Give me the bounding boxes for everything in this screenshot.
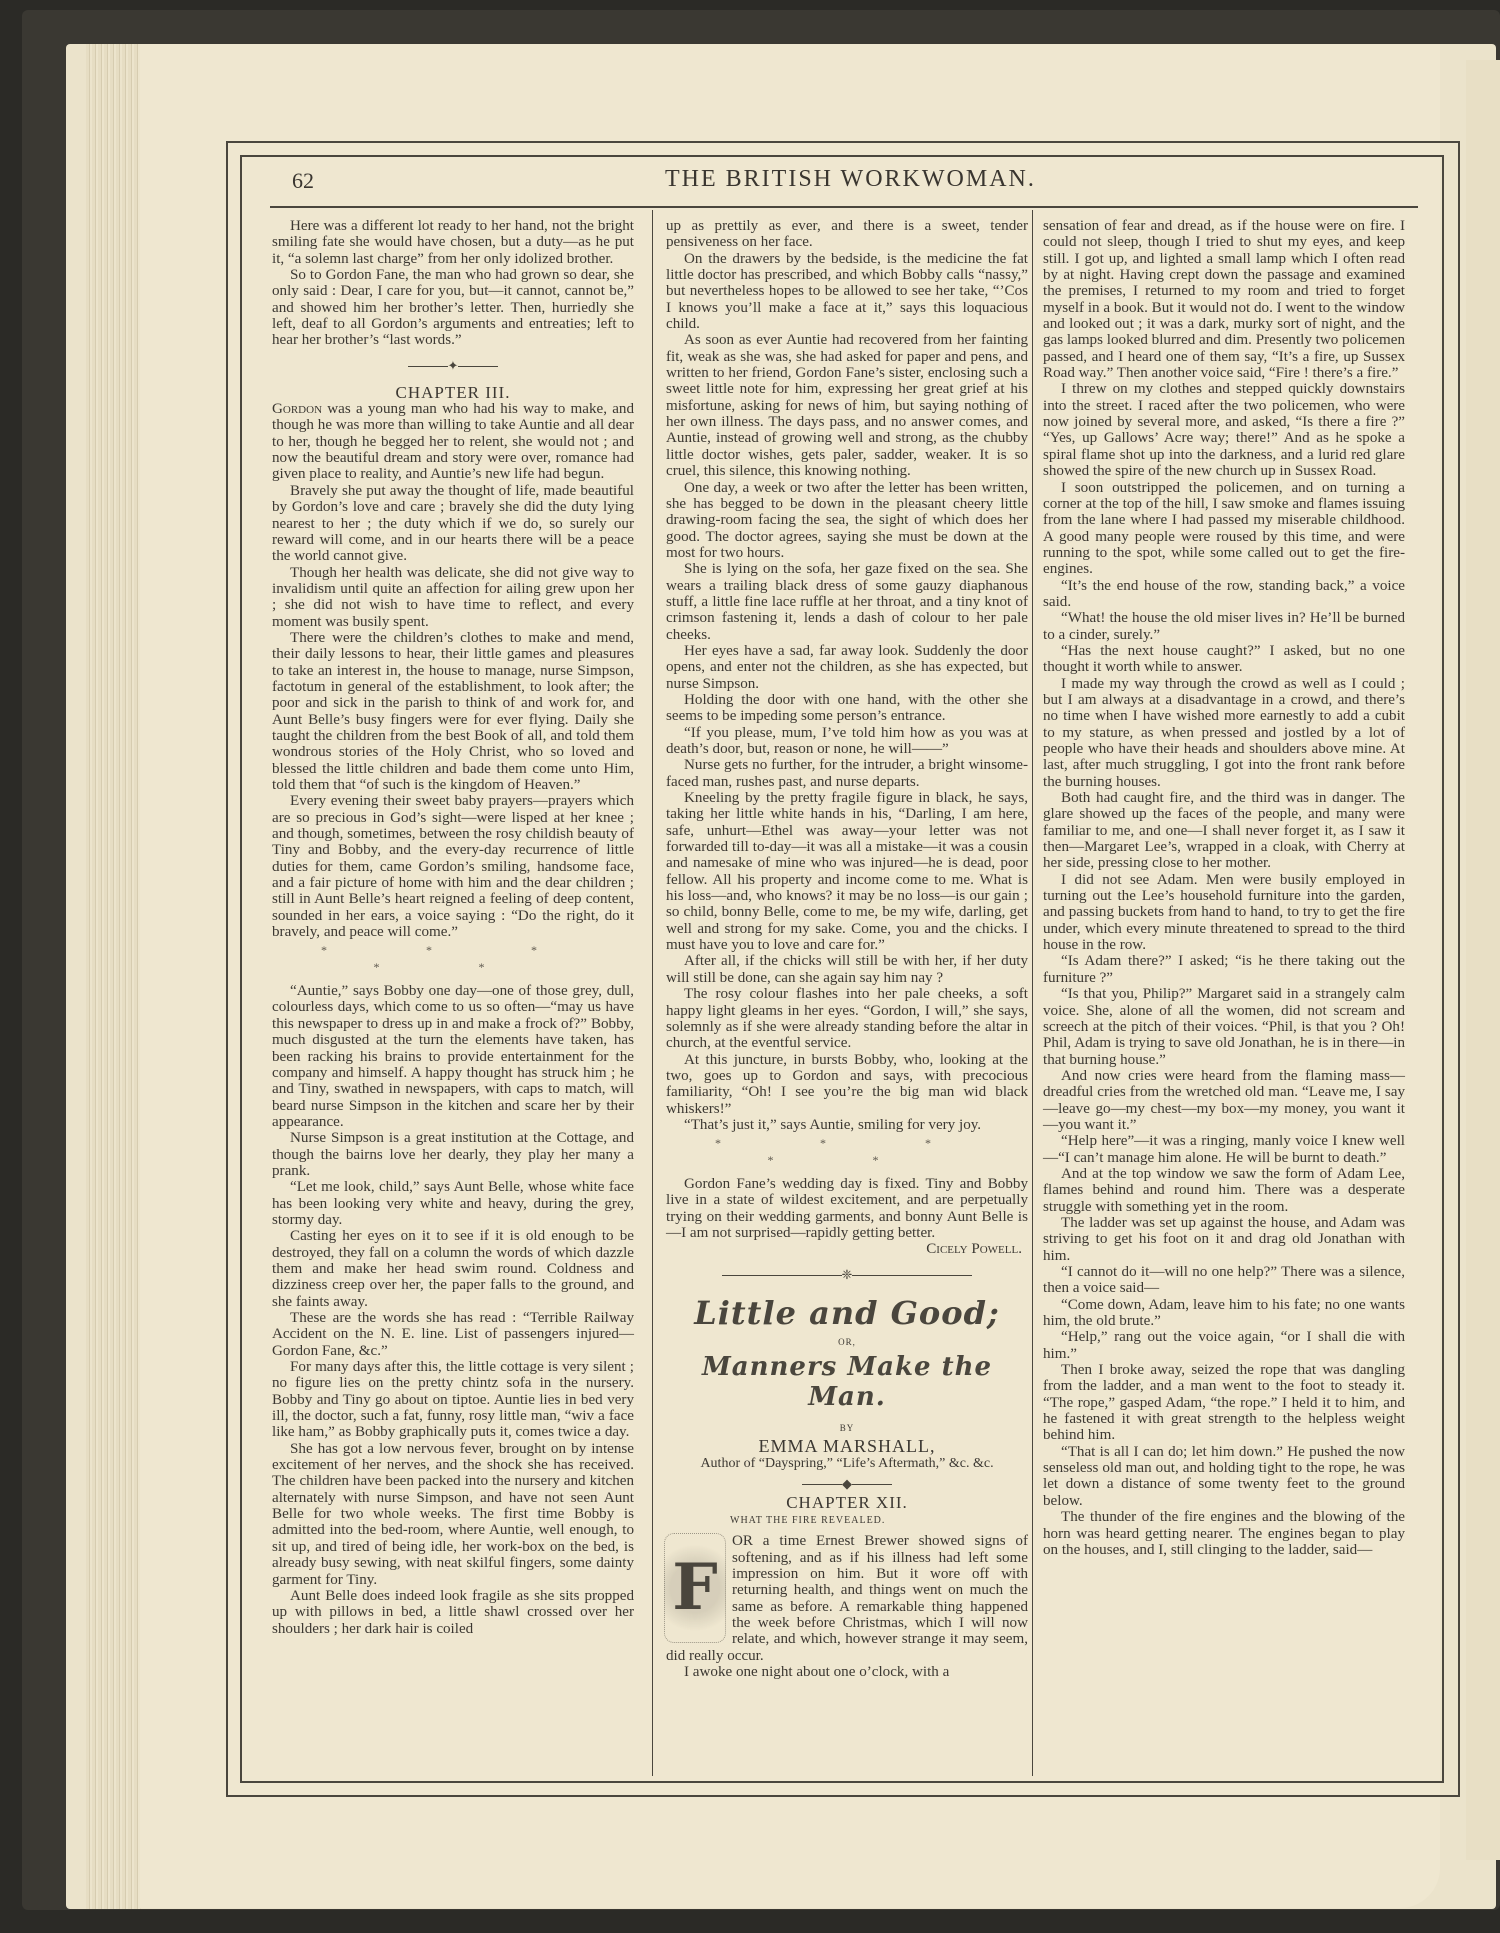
serial-subtitle: Manners Make the Man.: [666, 1352, 1028, 1412]
author-name: EMMA MARSHALL,: [666, 1436, 1028, 1456]
paragraph: The thunder of the fire engines and the …: [1043, 1509, 1405, 1558]
section-break-stars: * * * * *: [272, 942, 634, 975]
serial-title: Little and Good;: [666, 1294, 1028, 1332]
paragraph: She has got a low nervous fever, brought…: [272, 1441, 634, 1588]
lead-word: Gordon: [272, 401, 322, 417]
paragraph: “Let me look, child,” says Aunt Belle, w…: [272, 1179, 634, 1228]
paragraph: Kneeling by the pretty fragile figure in…: [666, 790, 1028, 953]
paragraph: “That’s just it,” says Auntie, smiling f…: [666, 1117, 1028, 1133]
paragraph: These are the words she has read : “Terr…: [272, 1310, 634, 1359]
byline-label: BY: [666, 1420, 1028, 1436]
paragraph: Nurse Simpson is a great institution at …: [272, 1130, 634, 1179]
author-credit: Author of “Dayspring,” “Life’s Aftermath…: [666, 1456, 1028, 1472]
section-break-stars: * * * * *: [666, 1135, 1028, 1168]
paragraph: “Help,” rang out the voice again, “or I …: [1043, 1329, 1405, 1362]
paragraph: And now cries were heard from the flamin…: [1043, 1068, 1405, 1133]
paragraph: Though her health was delicate, she did …: [272, 565, 634, 630]
column-divider-1: [652, 210, 653, 1776]
paragraph: Every evening their sweet baby prayers—p…: [272, 793, 634, 940]
decorative-initial-icon: F: [664, 1533, 726, 1643]
paragraph: Holding the door with one hand, with the…: [666, 692, 1028, 725]
paragraph: “Is Adam there?” I asked; “is he there t…: [1043, 953, 1405, 986]
paragraph: For many days after this, the little cot…: [272, 1359, 634, 1441]
paragraph: Here was a different lot ready to her ha…: [272, 218, 634, 267]
paragraph: I did not see Adam. Men were busily empl…: [1043, 872, 1405, 954]
paragraph: Nurse gets no further, for the intruder,…: [666, 757, 1028, 790]
paragraph: “Auntie,” says Bobby one day—one of thos…: [272, 983, 634, 1130]
paragraph: “It’s the end house of the row, standing…: [1043, 578, 1405, 611]
paragraph: Casting her eyes on it to see if it is o…: [272, 1228, 634, 1310]
paragraph: So to Gordon Fane, the man who had grown…: [272, 267, 634, 349]
column-3: sensation of fear and dread, as if the h…: [1043, 218, 1405, 1558]
paragraph: I awoke one night about one o’clock, wit…: [666, 1664, 1028, 1680]
author-signature: Cicely Powell.: [908, 1241, 1028, 1257]
paragraph: Both had caught fire, and the third was …: [1043, 790, 1405, 872]
section-divider-ornament: ❈: [666, 1270, 1028, 1280]
paragraph: Then I broke away, seized the rope that …: [1043, 1362, 1405, 1444]
column-1: Here was a different lot ready to her ha…: [272, 218, 634, 1637]
header-rule: [270, 206, 1418, 208]
paragraph: I soon outstripped the policemen, and on…: [1043, 480, 1405, 578]
paragraph: Her eyes have a sad, far away look. Sudd…: [666, 643, 1028, 692]
column-2: up as prettily as ever, and there is a s…: [666, 218, 1028, 1680]
paragraph: The ladder was set up against the house,…: [1043, 1215, 1405, 1264]
paragraph: up as prettily as ever, and there is a s…: [666, 218, 1028, 251]
facing-page-edge: [1466, 60, 1500, 1860]
paragraph: “If you please, mum, I’ve told him how a…: [666, 725, 1028, 758]
paragraph: At this juncture, in bursts Bobby, who, …: [666, 1052, 1028, 1117]
paragraph: After all, if the chicks will still be w…: [666, 953, 1028, 986]
paragraph: “I cannot do it—will no one help?” There…: [1043, 1264, 1405, 1297]
paragraph: One day, a week or two after the letter …: [666, 480, 1028, 562]
paragraph: As soon as ever Auntie had recovered fro…: [666, 332, 1028, 479]
paragraph: And at the top window we saw the form of…: [1043, 1166, 1405, 1215]
page-edges: [86, 44, 141, 1909]
paragraph-text: Gordon Fane’s wedding day is fixed. Tiny…: [666, 1176, 1028, 1241]
paragraph: Gordon Fane’s wedding day is fixed. Tiny…: [666, 1176, 1028, 1241]
serial-title-or: OR,: [666, 1334, 1028, 1350]
paragraph: “Help here”—it was a ringing, manly voic…: [1043, 1133, 1405, 1166]
paragraph: Gordon was a young man who had his way t…: [272, 401, 634, 483]
section-divider-ornament: ✦: [272, 361, 634, 371]
paragraph: Aunt Belle does indeed look fragile as s…: [272, 1588, 634, 1637]
chapter-heading: CHAPTER XII.: [666, 1495, 1028, 1511]
masthead: THE BRITISH WORKWOMAN.: [665, 166, 1036, 193]
paragraph: “Is that you, Philip?” Margaret said in …: [1043, 986, 1405, 1068]
paragraph: She is lying on the sofa, her gaze fixed…: [666, 561, 1028, 643]
chapter-divider-ornament: ◆: [666, 1479, 1028, 1489]
opening-paragraph: F OR a time Ernest Brewer showed signs o…: [666, 1533, 1028, 1664]
paragraph: On the drawers by the bedside, is the me…: [666, 251, 1028, 333]
paragraph: There were the children’s clothes to mak…: [272, 630, 634, 793]
paragraph: “That is all I can do; let him down.” He…: [1043, 1444, 1405, 1509]
paragraph: “Come down, Adam, leave him to his fate;…: [1043, 1297, 1405, 1330]
paragraph: “What! the house the old miser lives in?…: [1043, 610, 1405, 643]
chapter-heading: CHAPTER III.: [272, 385, 634, 401]
page-number: 62: [292, 168, 314, 194]
paragraph: Bravely she put away the thought of life…: [272, 483, 634, 565]
paragraph-text: was a young man who had his way to make,…: [272, 401, 634, 482]
paragraph: The rosy colour flashes into her pale ch…: [666, 986, 1028, 1051]
paragraph: I threw on my clothes and stepped quickl…: [1043, 381, 1405, 479]
chapter-subtitle: WHAT THE FIRE REVEALED.: [730, 1513, 1028, 1529]
paragraph: sensation of fear and dread, as if the h…: [1043, 218, 1405, 381]
paragraph: I made my way through the crowd as well …: [1043, 676, 1405, 790]
column-divider-2: [1032, 210, 1033, 1776]
paragraph: “Has the next house caught?” I asked, bu…: [1043, 643, 1405, 676]
